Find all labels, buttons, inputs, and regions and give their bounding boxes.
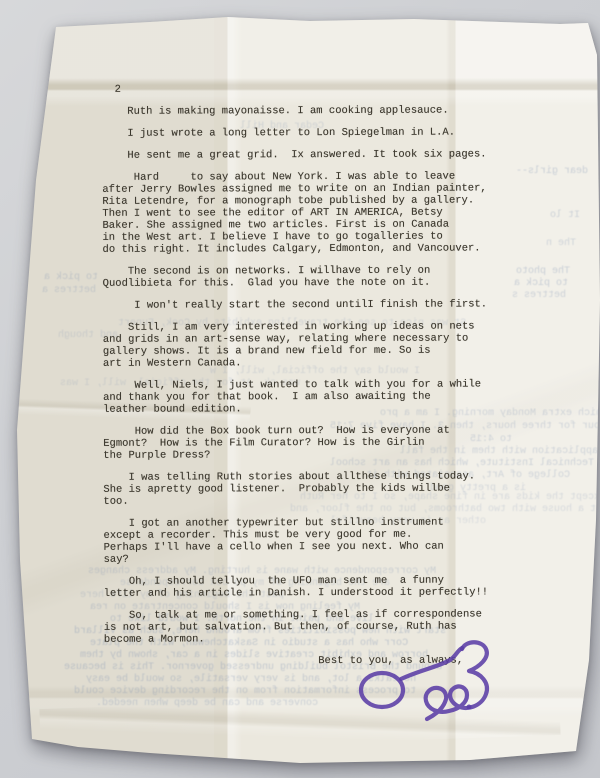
letter-line: leather bound edition.	[103, 402, 573, 416]
bleedthrough-fragment: converse and can be deep when needed.	[96, 698, 318, 709]
page-number: 2	[102, 82, 572, 96]
letter-paper: Cedar and Hilldear girls--It loThe nThe …	[0, 0, 600, 778]
bleedthrough-fragment: to process information from on the recor…	[74, 686, 416, 697]
letter-paragraph: I just wrote a long letter to Lon Spiege…	[102, 126, 572, 140]
letter-line: letter and his article in Danish. I unde…	[104, 586, 574, 600]
signature-oval	[361, 673, 403, 707]
letter-paragraph: Ruth is making mayonaisse. I am cooking …	[102, 104, 572, 118]
letter-line: I won't really start the second untilI f…	[103, 298, 573, 312]
letter-paragraph: Hard to say about New York. I was able t…	[102, 170, 572, 256]
page-number-paragraph: 2	[102, 82, 572, 96]
letter-line: do this right. It includes Calgary, Edmo…	[103, 242, 573, 256]
letter-paragraph: I won't really start the second untilI f…	[103, 298, 573, 312]
letter-paragraph: Best to you, as always,	[104, 654, 574, 668]
letter-line: the Purple Dress?	[103, 448, 573, 462]
letter-line: become a Mormon.	[104, 632, 574, 646]
letter-line: He sent me a great grid. Ix answered. It…	[102, 148, 572, 162]
bleedthrough-fragment: bettres a	[42, 285, 96, 296]
letter-line: say?	[104, 552, 574, 566]
letter-line: Quodlibieta for this. Glad you have the …	[103, 276, 573, 290]
letter-paragraph: I got an another typewriter but stillno …	[103, 516, 573, 566]
letter-paragraph: The second is on networks. I willhave to…	[103, 264, 573, 290]
letter-paragraph: Oh, I should tellyou the UFO man sent me…	[104, 574, 574, 600]
letter-paragraph: He sent me a great grid. Ix answered. It…	[102, 148, 572, 162]
letter-line: I just wrote a long letter to Lon Spiege…	[102, 126, 572, 140]
letter-paragraph: So, talk at me or something. I feel as i…	[104, 608, 574, 646]
letter-line: Ruth is making mayonaisse. I am cooking …	[102, 104, 572, 118]
letter-line: art in Western Canada.	[103, 356, 573, 370]
signature-ink-dot	[467, 705, 472, 710]
letter-line: Best to you, as always,	[104, 654, 574, 668]
letter-paragraph: Still, I am very interested in working u…	[103, 320, 573, 370]
paper-shadow-wrap: Cedar and Hilldear girls--It loThe nThe …	[0, 0, 600, 778]
paper-wrinkle	[39, 691, 560, 753]
letter-paragraph: How did the Box book turn out? How is ev…	[103, 424, 573, 462]
letter-line: too.	[103, 494, 573, 508]
letter-paragraph: Well, Niels, I just wanted to talk with …	[103, 378, 573, 416]
letter-paragraph: I was telling Ruth stories about allthes…	[103, 470, 573, 508]
photo-surface: Cedar and Hilldear girls--It loThe nThe …	[0, 0, 600, 778]
typed-text-layer: 2 Ruth is making mayonaisse. I am cookin…	[102, 82, 574, 678]
bleedthrough-fragment: to pick a	[44, 272, 98, 283]
